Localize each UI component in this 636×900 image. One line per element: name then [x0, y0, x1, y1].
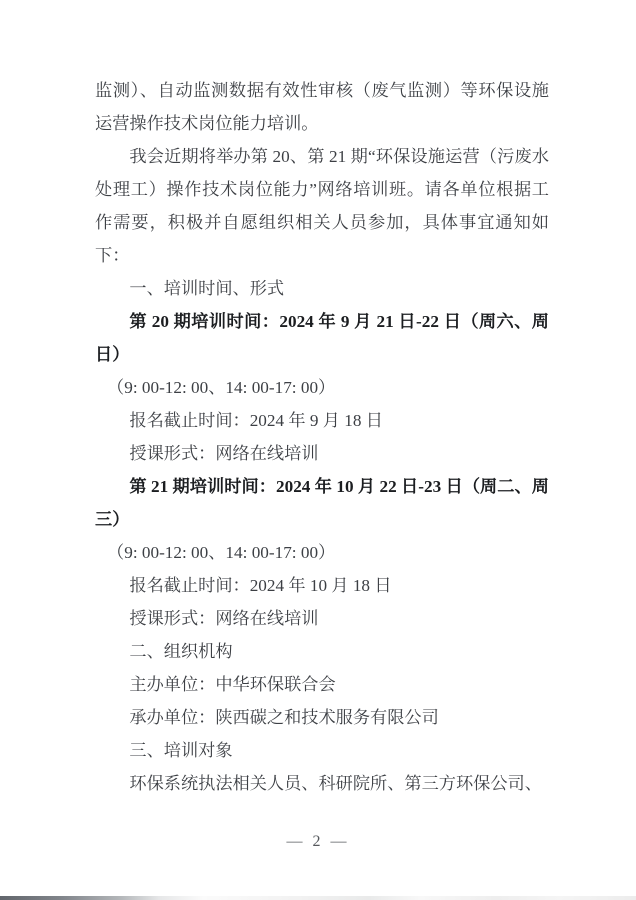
scan-edge-artifact: [0, 896, 636, 900]
page-number: — 2 —: [0, 831, 636, 853]
document-body: 监测）、自动监测数据有效性审核（废气监测）等环保设施运营操作技术岗位能力培训。 …: [95, 74, 549, 800]
section-2-heading: 二、组织机构: [95, 635, 549, 668]
paragraph-intro: 我会近期将举办第 20、第 21 期“环保设施运营（污废水处理工）操作技术岗位能…: [95, 140, 549, 272]
session-20-time-line: 第 20 期培训时间：2024 年 9 月 21 日-22 日（周六、周日）: [95, 305, 549, 371]
session-21-time-line: 第 21 期培训时间：2024 年 10 月 22 日-23 日（周二、周三）: [95, 470, 549, 536]
section-1-heading: 一、培训时间、形式: [95, 272, 549, 305]
document-page: 监测）、自动监测数据有效性审核（废气监测）等环保设施运营操作技术岗位能力培训。 …: [0, 0, 636, 900]
session-20-deadline-line: 报名截止时间：2024 年 9 月 18 日: [95, 404, 549, 437]
trainees-line: 环保系统执法相关人员、科研院所、第三方环保公司、: [95, 767, 549, 800]
paragraph-continuation: 监测）、自动监测数据有效性审核（废气监测）等环保设施运营操作技术岗位能力培训。: [95, 74, 549, 140]
session-21-format-line: 授课形式：网络在线培训: [95, 602, 549, 635]
organizer-line: 主办单位：中华环保联合会: [95, 668, 549, 701]
session-20-format-line: 授课形式：网络在线培训: [95, 437, 549, 470]
section-3-heading: 三、培训对象: [95, 734, 549, 767]
session-21-deadline-line: 报名截止时间：2024 年 10 月 18 日: [95, 569, 549, 602]
session-21-hours-line: （9: 00-12: 00、14: 00-17: 00）: [95, 536, 549, 569]
undertaker-line: 承办单位：陕西碳之和技术服务有限公司: [95, 701, 549, 734]
session-20-hours-line: （9: 00-12: 00、14: 00-17: 00）: [95, 371, 549, 404]
